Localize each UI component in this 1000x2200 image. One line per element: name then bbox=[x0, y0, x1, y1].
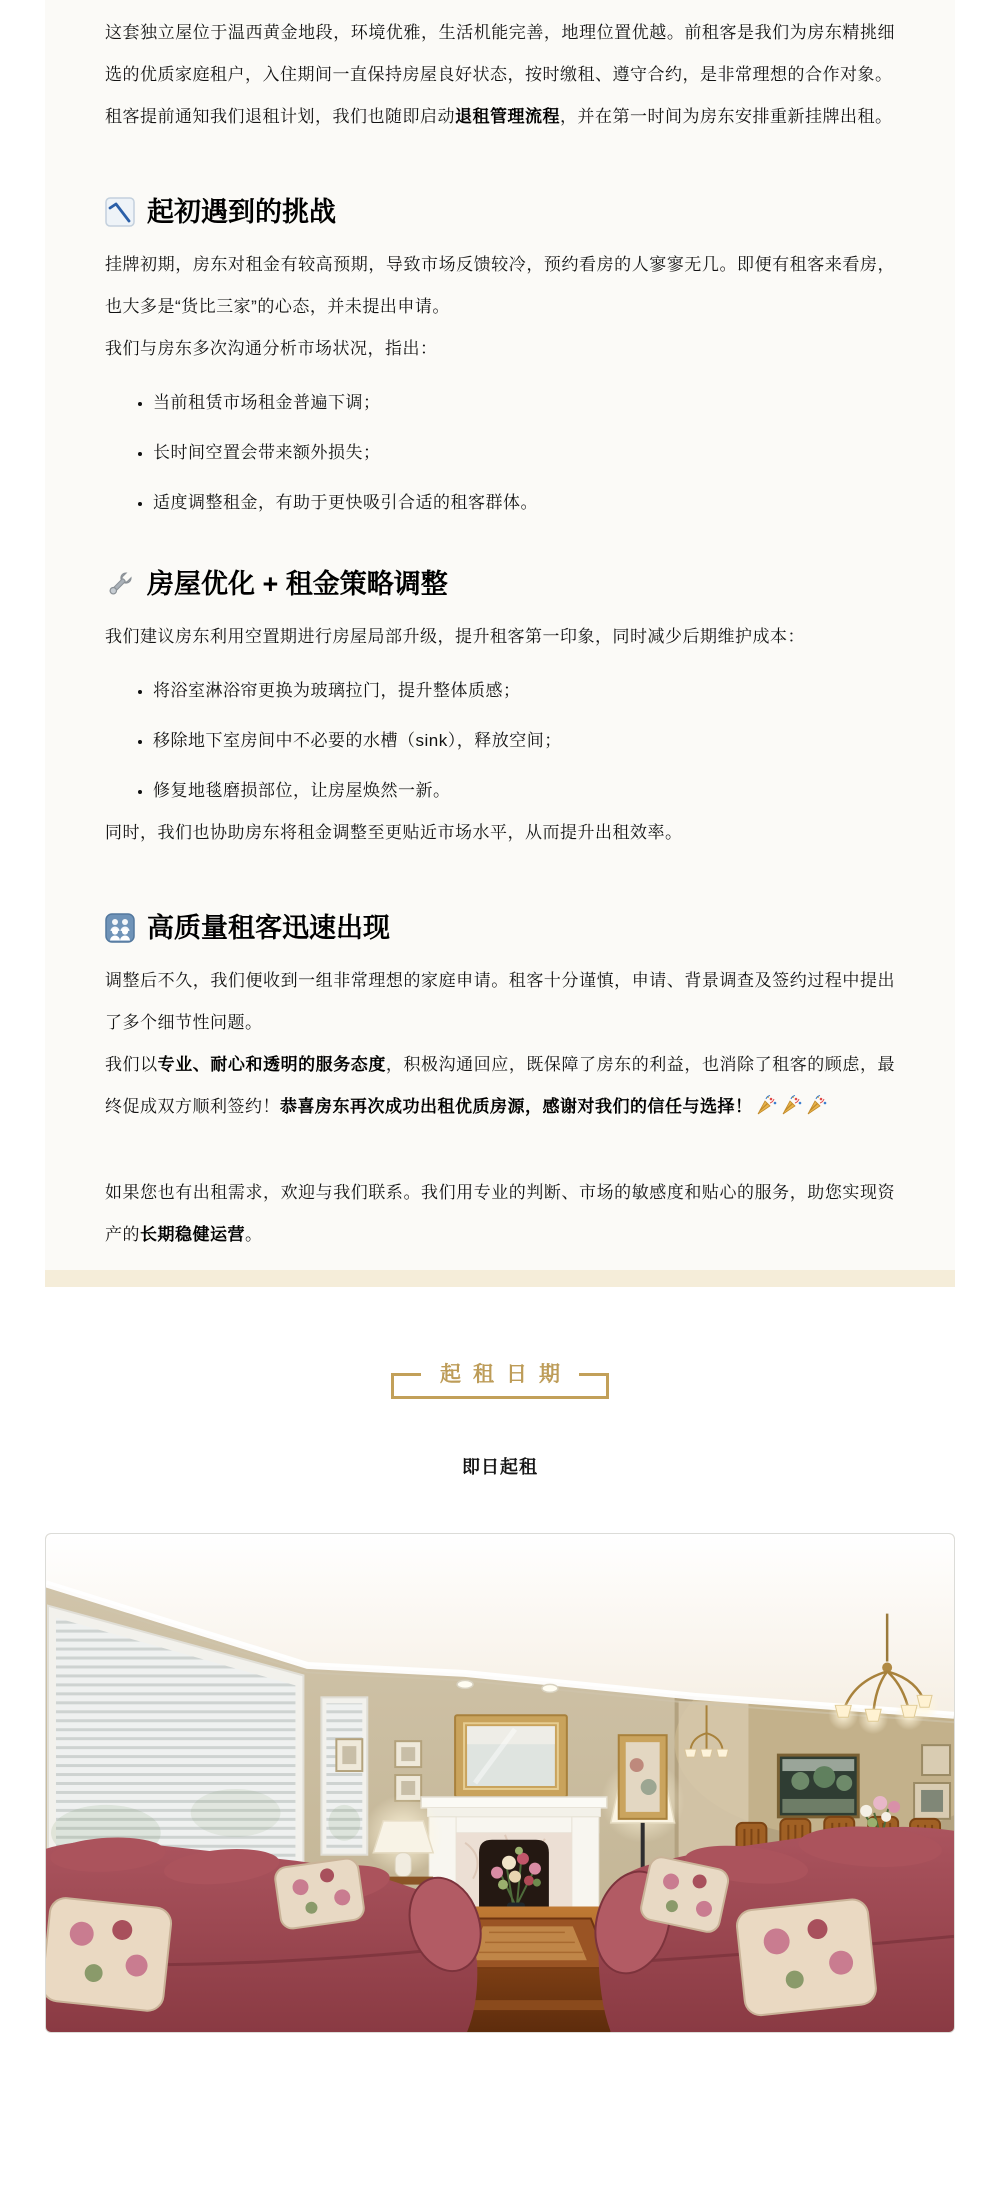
paragraph-text: 同时，我们也协助房东将租金调整至更贴近市场水平，从而提升出租效率。 bbox=[105, 823, 683, 842]
list-item: 适度调整租金，有助于更快吸引合适的租客群体。 bbox=[153, 482, 895, 524]
section-paragraph: 我们建议房东利用空置期进行房屋局部升级，提升租客第一印象，同时减少后期维护成本： bbox=[105, 616, 895, 658]
living-room-photo bbox=[45, 1533, 955, 2033]
rent-date-frame: 起租日期 bbox=[391, 1373, 609, 1399]
intro-paragraph: 这套独立屋位于温西黄金地段，环境优雅，生活机能完善，地理位置优越。前租客是我们为… bbox=[105, 12, 895, 96]
floral-pillow bbox=[274, 1857, 366, 1930]
paragraph-text: ，并在第一时间为房东安排重新挂牌出租。 bbox=[560, 107, 893, 126]
framed-art bbox=[619, 1735, 667, 1819]
side-window bbox=[321, 1697, 367, 1854]
paragraph-text: 这套独立屋位于温西黄金地段，环境优雅，生活机能完善，地理位置优越。前租客是我们为… bbox=[105, 23, 895, 84]
rent-date-label: 起租日期 bbox=[394, 1358, 606, 1388]
small-frame bbox=[922, 1745, 950, 1775]
notice-paragraph: 租客提前通知我们退租计划，我们也随即启动退租管理流程，并在第一时间为房东安排重新… bbox=[105, 96, 895, 138]
section-title-text: 高质量租客迅速出现 bbox=[147, 908, 390, 948]
party-popper-icon bbox=[806, 1094, 828, 1116]
list-item: 将浴室淋浴帘更换为玻璃拉门，提升整体质感； bbox=[153, 670, 895, 712]
list-item: 长时间空置会带来额外损失； bbox=[153, 432, 895, 474]
section-heading-optimization: 房屋优化 + 租金策略调整 bbox=[105, 564, 895, 604]
paragraph-text: 调整后不久，我们便收到一组非常理想的家庭申请。租客十分谨慎，申请、背景调查及签约… bbox=[105, 971, 895, 1032]
floral-pillow bbox=[735, 1898, 877, 2017]
paragraph-bold-text: 长期稳健运营 bbox=[140, 1225, 245, 1244]
list-item: 当前租赁市场租金普遍下调； bbox=[153, 382, 895, 424]
living-room-illustration bbox=[46, 1534, 954, 2032]
recessed-light bbox=[457, 1680, 473, 1688]
landscape-painting bbox=[778, 1755, 858, 1817]
bullet-list: 将浴室淋浴帘更换为玻璃拉门，提升整体质感； 移除地下室房间中不必要的水槽（sin… bbox=[105, 670, 895, 812]
closing-paragraph: 如果您也有出租需求，欢迎与我们联系。我们用专业的判断、市场的敏感度和贴心的服务，… bbox=[105, 1172, 895, 1256]
paragraph-text: 我们建议房东利用空置期进行房屋局部升级，提升租客第一印象，同时减少后期维护成本： bbox=[105, 627, 805, 646]
party-popper-icon bbox=[756, 1094, 778, 1116]
rent-date-value: 即日起租 bbox=[0, 1453, 1000, 1479]
paragraph-text: 挂牌初期，房东对租金有较高预期，导致市场反馈较冷，预约看房的人寥寥无几。即便有租… bbox=[105, 255, 895, 316]
bullet-list: 当前租赁市场租金普遍下调； 长时间空置会带来额外损失； 适度调整租金，有助于更快… bbox=[105, 382, 895, 524]
paragraph-text: 我们以 bbox=[105, 1055, 158, 1074]
section-title-text: 房屋优化 + 租金策略调整 bbox=[147, 564, 448, 604]
page: 这套独立屋位于温西黄金地段，环境优雅，生活机能完善，地理位置优越。前租客是我们为… bbox=[0, 0, 1000, 2200]
section-paragraph: 调整后不久，我们便收到一组非常理想的家庭申请。租客十分谨慎，申请、背景调查及签约… bbox=[105, 960, 895, 1044]
paragraph-bold-text: 专业、耐心和透明的服务态度 bbox=[158, 1055, 386, 1074]
article-body: 这套独立屋位于温西黄金地段，环境优雅，生活机能完善，地理位置优越。前租客是我们为… bbox=[45, 0, 955, 1270]
section-title-text: 起初遇到的挑战 bbox=[147, 192, 336, 232]
family-icon bbox=[105, 913, 135, 943]
celebration-paragraph: 我们以专业、耐心和透明的服务态度，积极沟通回应，既保障了房东的利益，也消除了租客… bbox=[105, 1044, 895, 1128]
section-paragraph: 我们与房东多次沟通分析市场状况，指出： bbox=[105, 328, 895, 370]
wrench-icon bbox=[105, 569, 135, 599]
rent-date-section: 起租日期 即日起租 bbox=[0, 1287, 1000, 1479]
section-heading-tenants: 高质量租客迅速出现 bbox=[105, 908, 895, 948]
paragraph-text: 我们与房东多次沟通分析市场状况，指出： bbox=[105, 339, 438, 358]
recessed-light bbox=[542, 1684, 558, 1692]
paragraph-bold-text: 退租管理流程 bbox=[455, 107, 560, 126]
floral-pillow bbox=[46, 1897, 173, 2013]
section-paragraph: 同时，我们也协助房东将租金调整至更贴近市场水平，从而提升出租效率。 bbox=[105, 812, 895, 854]
chart-decreasing-icon bbox=[105, 197, 135, 227]
paragraph-text: 。 bbox=[245, 1225, 263, 1244]
section-heading-challenges: 起初遇到的挑战 bbox=[105, 192, 895, 232]
list-item: 移除地下室房间中不必要的水槽（sink），释放空间； bbox=[153, 720, 895, 762]
paragraph-bold-text: 恭喜房东再次成功出租优质房源，感谢对我们的信任与选择！ bbox=[280, 1097, 753, 1116]
list-item: 修复地毯磨损部位，让房屋焕然一新。 bbox=[153, 770, 895, 812]
mirror bbox=[455, 1715, 567, 1797]
party-popper-icon bbox=[781, 1094, 803, 1116]
paragraph-text: 租客提前通知我们退租计划，我们也随即启动 bbox=[105, 107, 455, 126]
section-paragraph: 挂牌初期，房东对租金有较高预期，导致市场反馈较冷，预约看房的人寥寥无几。即便有租… bbox=[105, 244, 895, 328]
section-divider bbox=[45, 1270, 955, 1287]
